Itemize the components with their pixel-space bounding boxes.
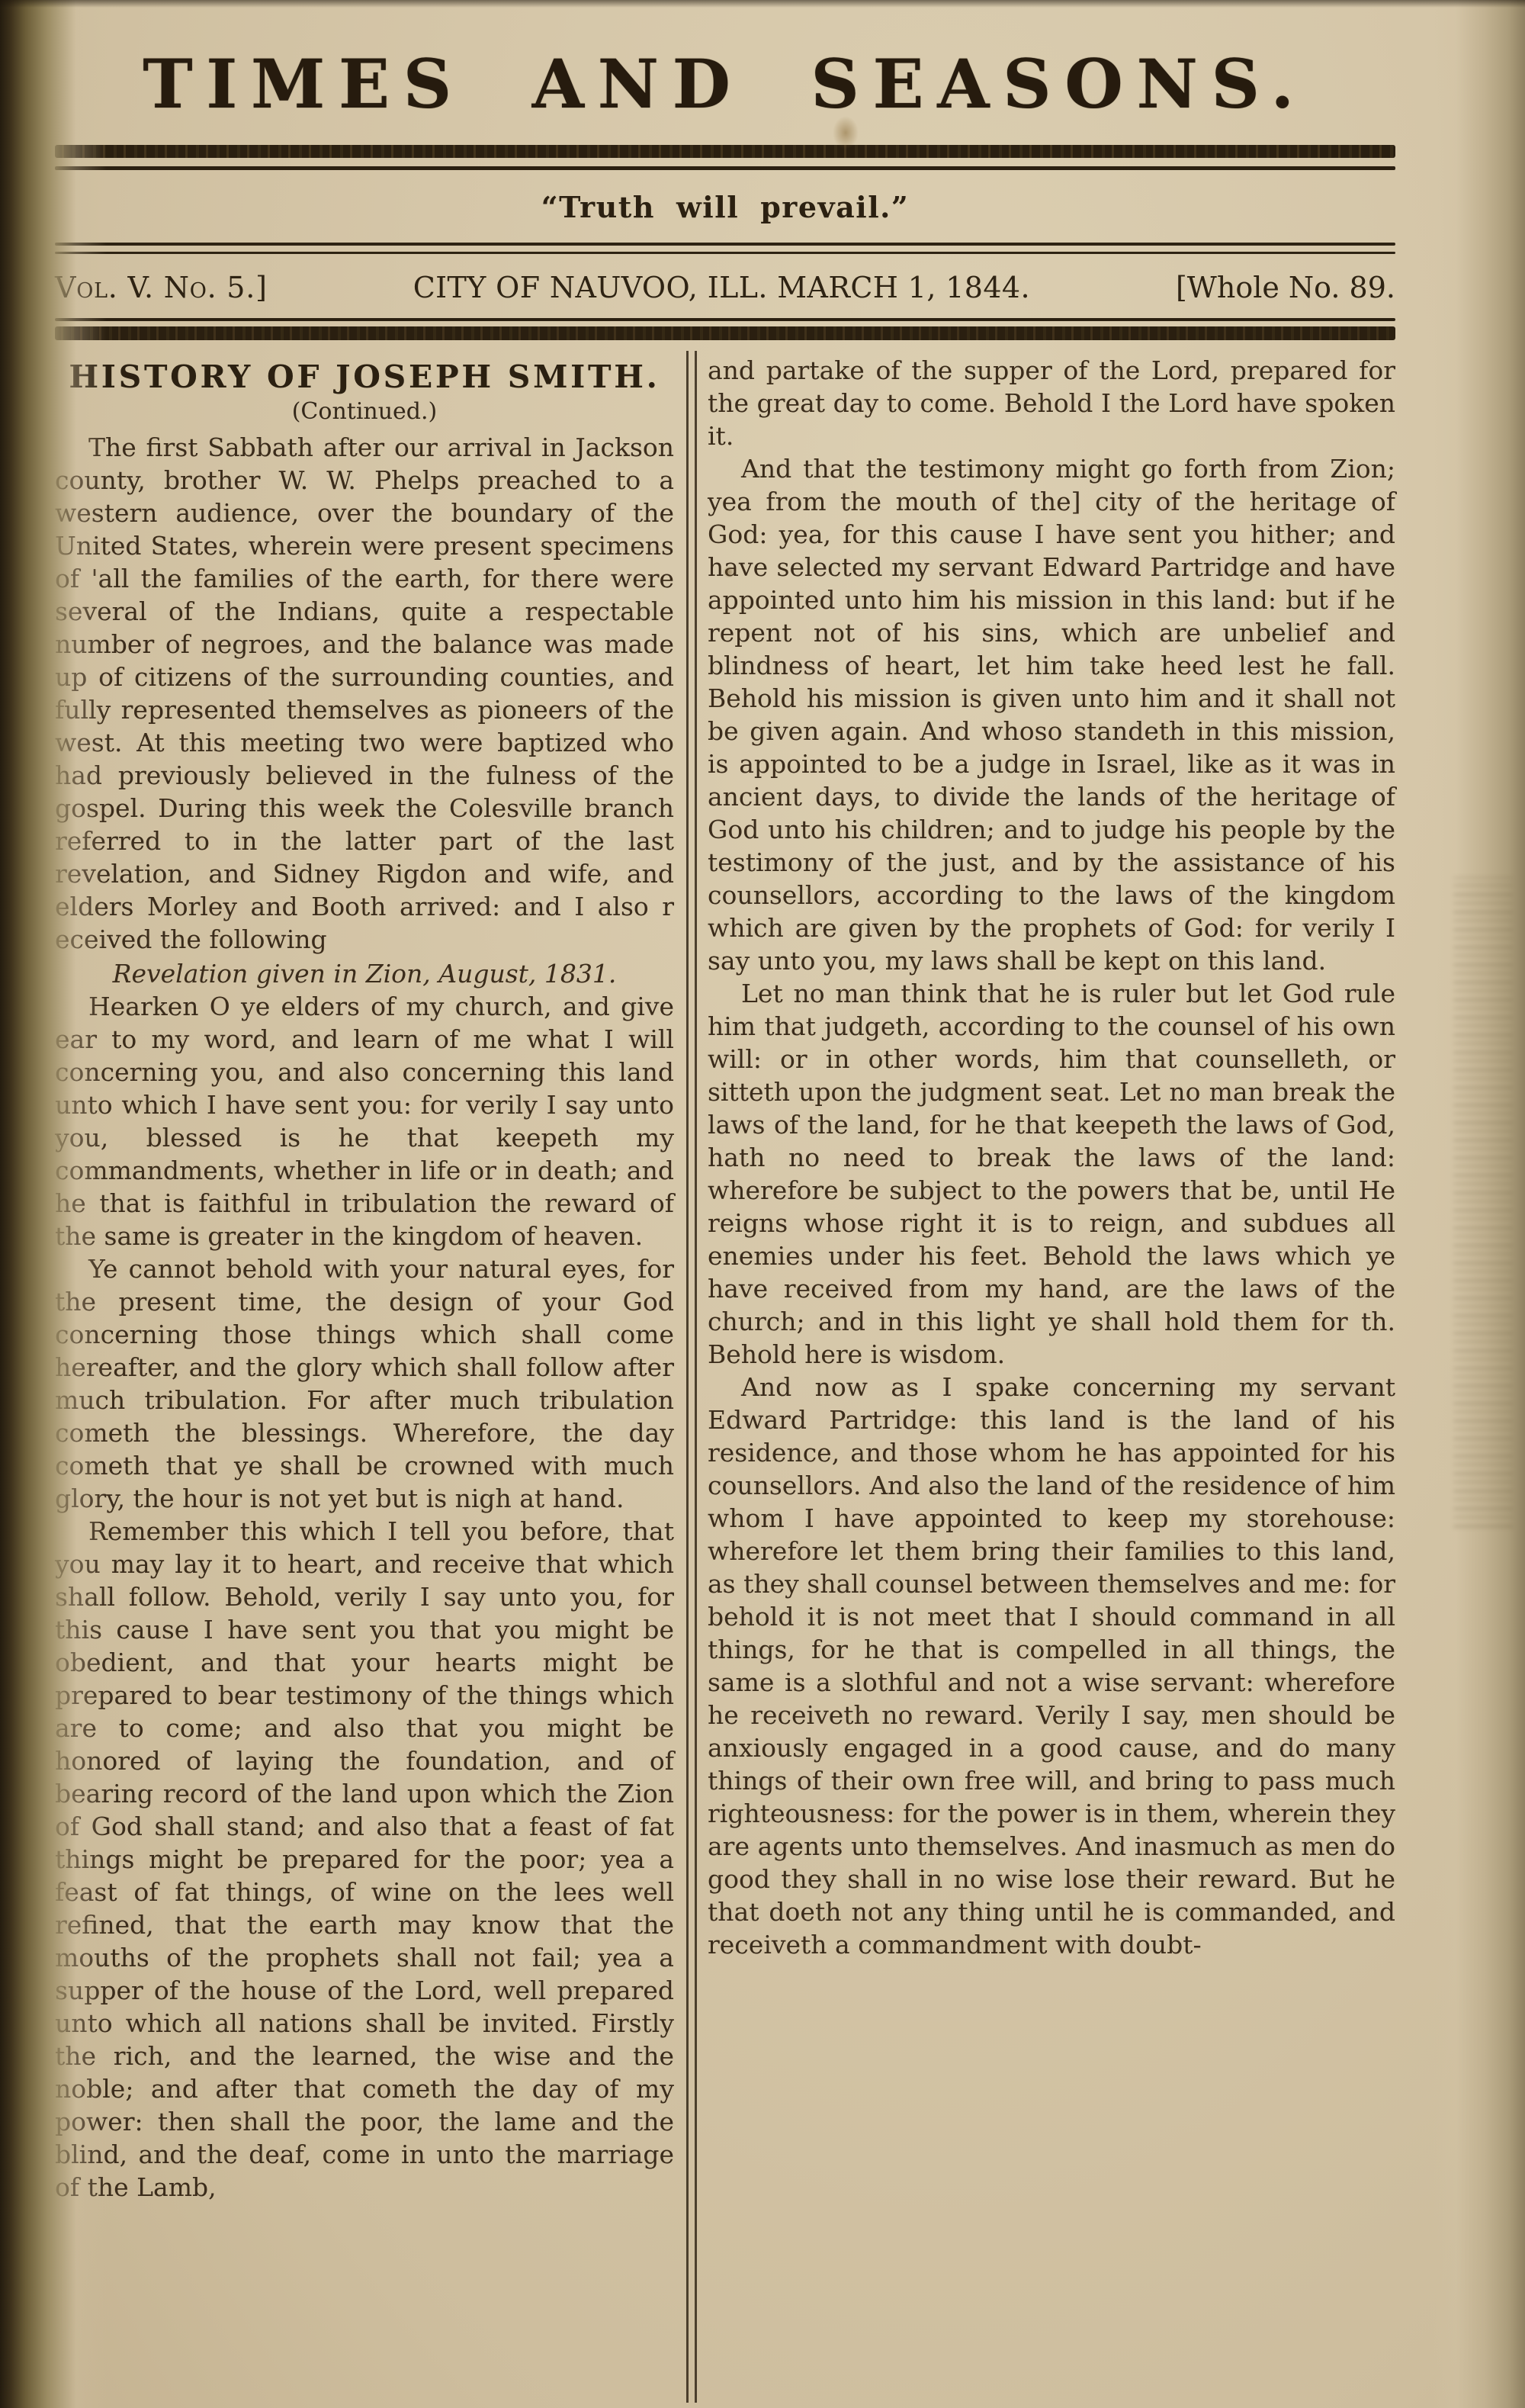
page-edge-ghost-text bbox=[1453, 877, 1513, 1533]
article-subtitle: (Continued.) bbox=[55, 398, 674, 425]
article-columns: HISTORY OF JOSEPH SMITH. (Continued.) Th… bbox=[55, 351, 1395, 2403]
body-paragraph: Let no man think that he is ruler but le… bbox=[708, 977, 1395, 1371]
paper-stain bbox=[833, 116, 859, 149]
rule-line bbox=[55, 243, 1395, 246]
masthead-thin-rule bbox=[55, 166, 1395, 170]
motto: “Truth will prevail.” bbox=[55, 190, 1395, 224]
dateline: Vol. V. No. 5.] CITY OF NAUVOO, ILL. MAR… bbox=[55, 271, 1395, 304]
body-paragraph: Remember this which I tell you before, t… bbox=[55, 1515, 674, 2204]
paper-stain bbox=[723, 566, 735, 578]
binding-edge bbox=[0, 0, 107, 2408]
masthead: TIMES AND SEASONS. “Truth will prevail.”… bbox=[55, 44, 1395, 340]
right-column: and partake of the supper of the Lord, p… bbox=[708, 351, 1395, 2403]
dateline-top-rules bbox=[55, 243, 1395, 254]
body-paragraph: And that the testimony might go forth fr… bbox=[708, 452, 1395, 977]
body-paragraph: The first Sabbath after our arrival in J… bbox=[55, 431, 674, 956]
page-content: TIMES AND SEASONS. “Truth will prevail.”… bbox=[0, 44, 1525, 2403]
whole-number: [Whole No. 89. bbox=[1176, 271, 1395, 304]
body-paragraph: And now as I spake concerning my servant… bbox=[708, 1371, 1395, 1961]
masthead-title: TIMES AND SEASONS. bbox=[55, 44, 1395, 124]
body-paragraph: and partake of the supper of the Lord, p… bbox=[708, 354, 1395, 452]
city-date: CITY OF NAUVOO, ILL. MARCH 1, 1844. bbox=[413, 271, 1030, 304]
body-paragraph: Ye cannot behold with your natural eyes,… bbox=[55, 1252, 674, 1515]
column-divider bbox=[686, 351, 697, 2403]
rule-line bbox=[55, 252, 1395, 254]
left-column: HISTORY OF JOSEPH SMITH. (Continued.) Th… bbox=[55, 351, 674, 2403]
masthead-thick-rule bbox=[55, 145, 1395, 158]
article-title: HISTORY OF JOSEPH SMITH. bbox=[55, 358, 674, 395]
newspaper-page: TIMES AND SEASONS. “Truth will prevail.”… bbox=[0, 0, 1525, 2408]
dateline-bottom-thick-rule bbox=[55, 326, 1395, 340]
revelation-caption: Revelation given in Zion, August, 1831. bbox=[55, 957, 674, 990]
body-paragraph: Hearken O ye elders of my church, and gi… bbox=[55, 990, 674, 1252]
dateline-bottom-thin-rule bbox=[55, 318, 1395, 321]
page-top-shadow bbox=[0, 0, 1525, 8]
